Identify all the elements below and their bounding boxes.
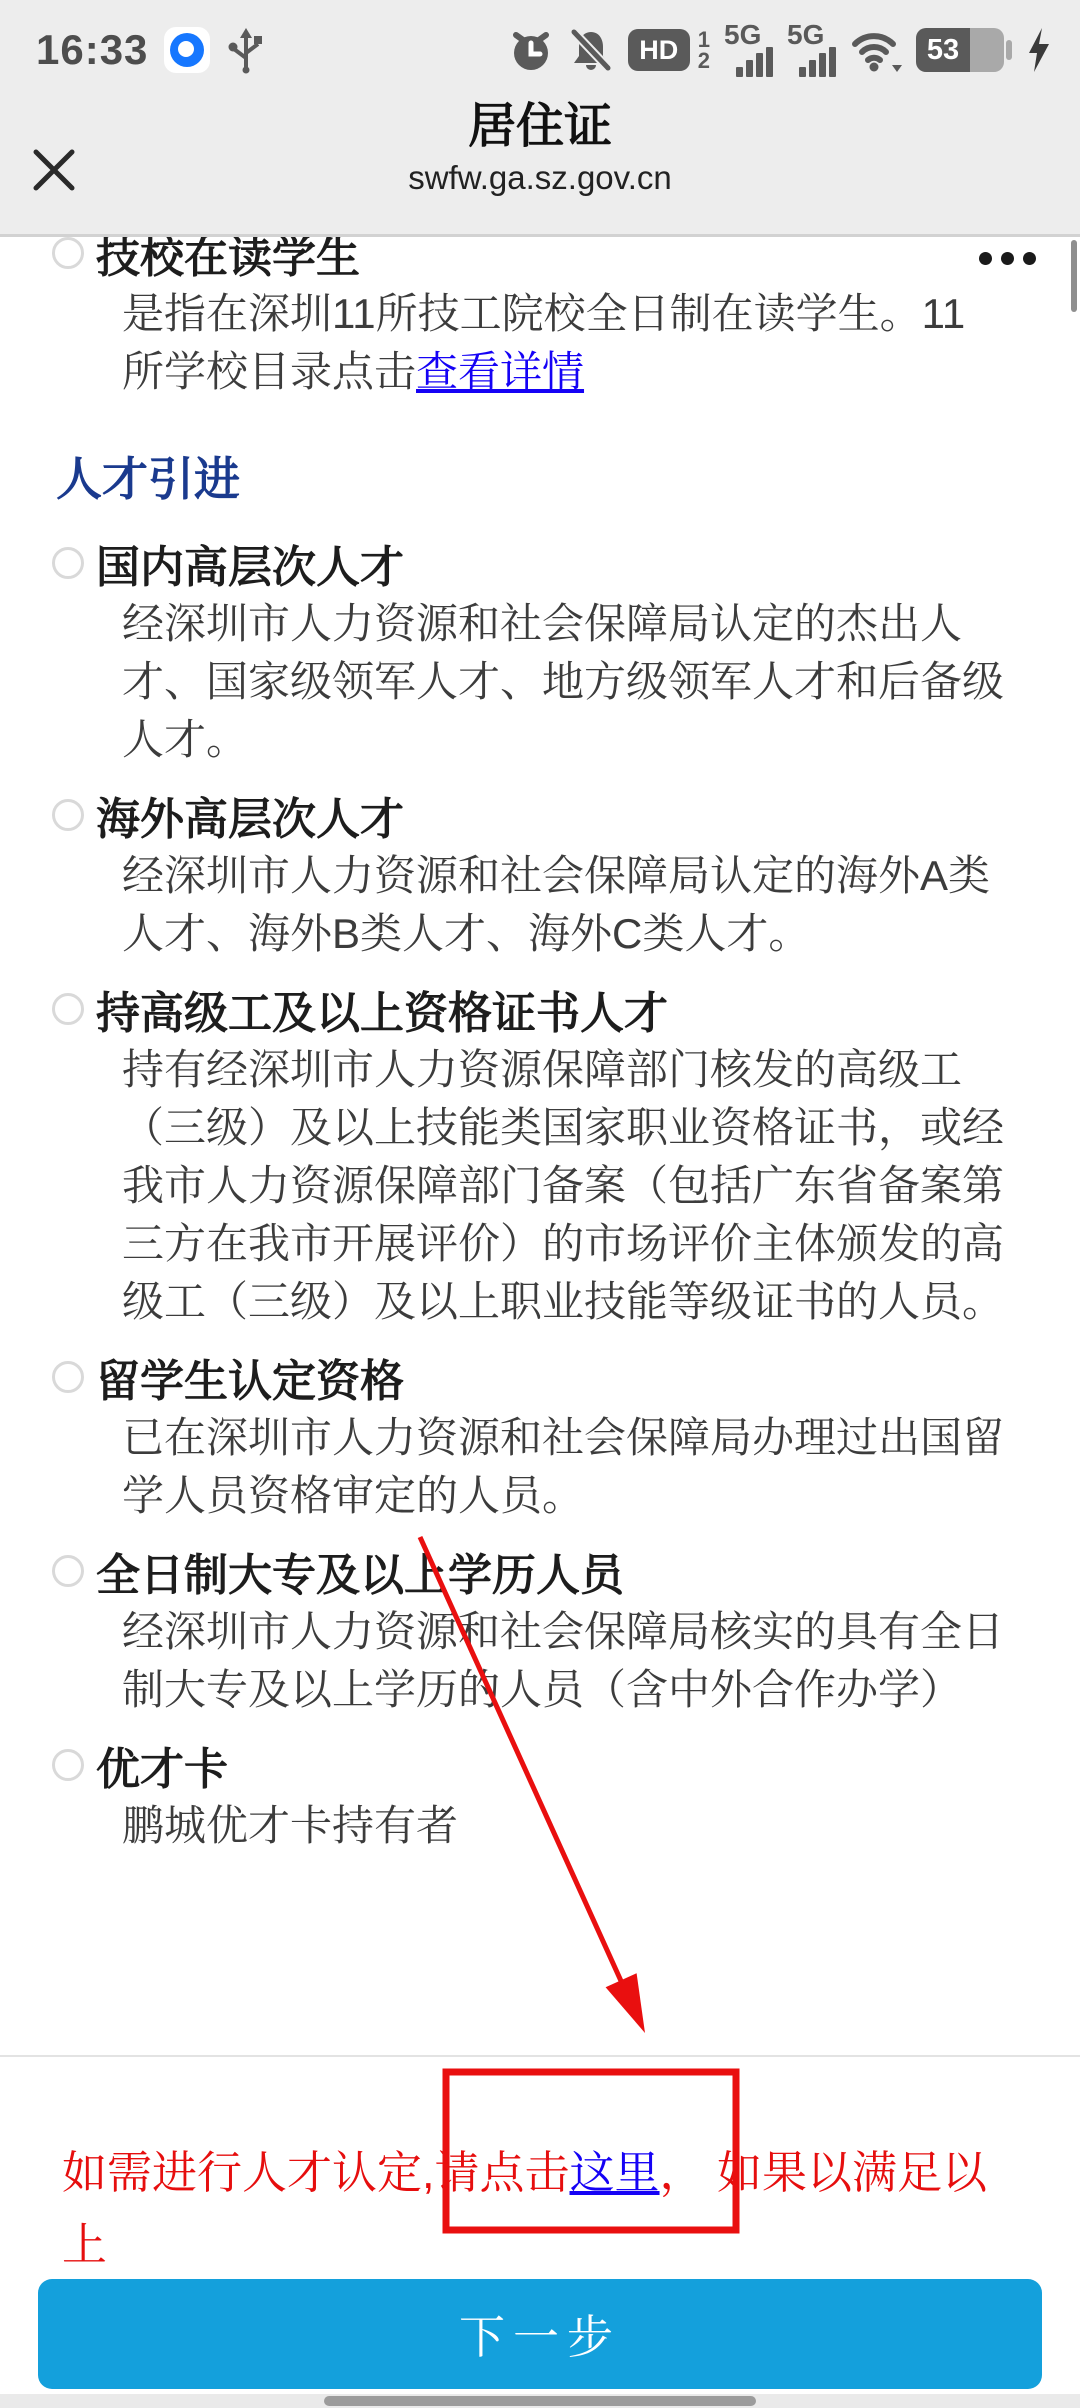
radio-fulltime-college[interactable] [52, 1555, 84, 1587]
option-label: 国内高层次人才 [96, 531, 404, 595]
charging-bolt-icon [1026, 27, 1052, 73]
signal-bars-sim2 [799, 47, 836, 77]
mute-bell-icon [568, 27, 614, 73]
wifi-icon [850, 27, 902, 73]
blue-circle-icon [170, 33, 204, 67]
option-row-senior-certificate[interactable]: 持高级工及以上资格证书人才 [0, 981, 1080, 1037]
radio-youcai-card[interactable] [52, 1749, 84, 1781]
radio-senior-certificate[interactable] [52, 993, 84, 1025]
page-content: 技校在读学生 是指在深圳11所技工院校全日制在读学生。11所学校目录点击查看详情… [0, 225, 1080, 1873]
signal-sim1-icon: 5G [724, 23, 773, 77]
option-label: 优才卡 [96, 1733, 228, 1797]
page-url: swfw.ga.sz.gov.cn [0, 156, 1080, 200]
radio-overseas-talent[interactable] [52, 799, 84, 831]
footer-panel: 如需进行人才认定,请点击这里， 如果以满足以上条件,请点击下一步 下一步 [0, 2055, 1080, 2408]
radio-returned-student[interactable] [52, 1361, 84, 1393]
option-desc: 已在深圳市人力资源和社会保障局办理过出国留学人员资格审定的人员。 [122, 1409, 1006, 1525]
status-bar-left: 16:33 [36, 26, 266, 74]
option-row-fulltime-college[interactable]: 全日制大专及以上学历人员 [0, 1543, 1080, 1599]
status-bar-right: HD 1 2 5G 5G [508, 23, 1052, 77]
option-row-domestic-talent[interactable]: 国内高层次人才 [0, 535, 1080, 591]
option-desc: 持有经深圳市人力资源保障部门核发的高级工（三级）及以上技能类国家职业资格证书，或… [122, 1041, 1006, 1331]
browser-navbar: 居住证 swfw.ga.sz.gov.cn [0, 90, 1080, 237]
here-link[interactable]: 这里 [570, 2147, 660, 2198]
alarm-clock-icon [508, 27, 554, 73]
battery-terminal [1006, 40, 1012, 60]
option-desc: 经深圳市人力资源和社会保障局核实的具有全日制大专及以上学历的人员（含中外合作办学… [122, 1603, 1006, 1719]
page-title: 居住证 [0, 98, 1080, 156]
note-text: 如需进行人才认定,请点击 [62, 2147, 570, 2198]
annotation-arrow-head [606, 1973, 645, 2033]
option-row-youcai-card[interactable]: 优才卡 [0, 1737, 1080, 1793]
battery-icon: 53 [916, 28, 1012, 72]
usb-icon [226, 26, 266, 74]
option-label: 海外高层次人才 [96, 783, 404, 847]
radio-tech-school[interactable] [52, 237, 84, 269]
next-step-button[interactable]: 下一步 [38, 2279, 1042, 2389]
status-bar: 16:33 [0, 0, 1080, 90]
gesture-bar-strip [0, 2394, 1080, 2408]
volte-sim2: 2 [698, 50, 710, 71]
network-type-sim1: 5G [724, 23, 761, 47]
phone-screen: 16:33 [0, 0, 1080, 2408]
option-desc: 经深圳市人力资源和社会保障局认定的海外A类人才、海外B类人才、海外C类人才。 [122, 847, 1006, 963]
option-desc: 经深圳市人力资源和社会保障局认定的杰出人才、国家级领军人才、地方级领军人才和后备… [122, 595, 1006, 769]
radio-domestic-talent[interactable] [52, 547, 84, 579]
option-row-overseas-talent[interactable]: 海外高层次人才 [0, 787, 1080, 843]
more-menu-icon[interactable] [979, 252, 1036, 265]
option-row-returned-student[interactable]: 留学生认定资格 [0, 1349, 1080, 1405]
battery-body: 53 [916, 28, 1004, 72]
battery-level-text: 53 [916, 28, 970, 72]
option-desc: 鹏城优才卡持有者 [122, 1797, 1006, 1855]
option-label: 全日制大专及以上学历人员 [96, 1539, 624, 1603]
scrollbar-thumb[interactable] [1071, 240, 1077, 312]
option-desc: 是指在深圳11所技工院校全日制在读学生。11所学校目录点击查看详情 [122, 285, 1006, 401]
signal-bars-sim1 [736, 47, 773, 77]
home-indicator[interactable] [324, 2396, 756, 2406]
network-type-sim2: 5G [787, 23, 824, 47]
option-label: 持高级工及以上资格证书人才 [96, 977, 668, 1041]
option-label: 留学生认定资格 [96, 1345, 404, 1409]
section-heading-talent: 人才引进 [56, 449, 1080, 509]
volte-sim-numbers: 1 2 [698, 29, 710, 71]
navbar-titles: 居住证 swfw.ga.sz.gov.cn [0, 98, 1080, 200]
volte-sim1: 1 [698, 29, 710, 50]
view-details-link[interactable]: 查看详情 [416, 348, 584, 395]
notification-app-icon [164, 27, 210, 73]
clock-time: 16:33 [36, 26, 148, 74]
battery-empty-part [970, 28, 1004, 72]
volte-hd-icon: HD [628, 29, 690, 71]
signal-sim2-icon: 5G [787, 23, 836, 77]
